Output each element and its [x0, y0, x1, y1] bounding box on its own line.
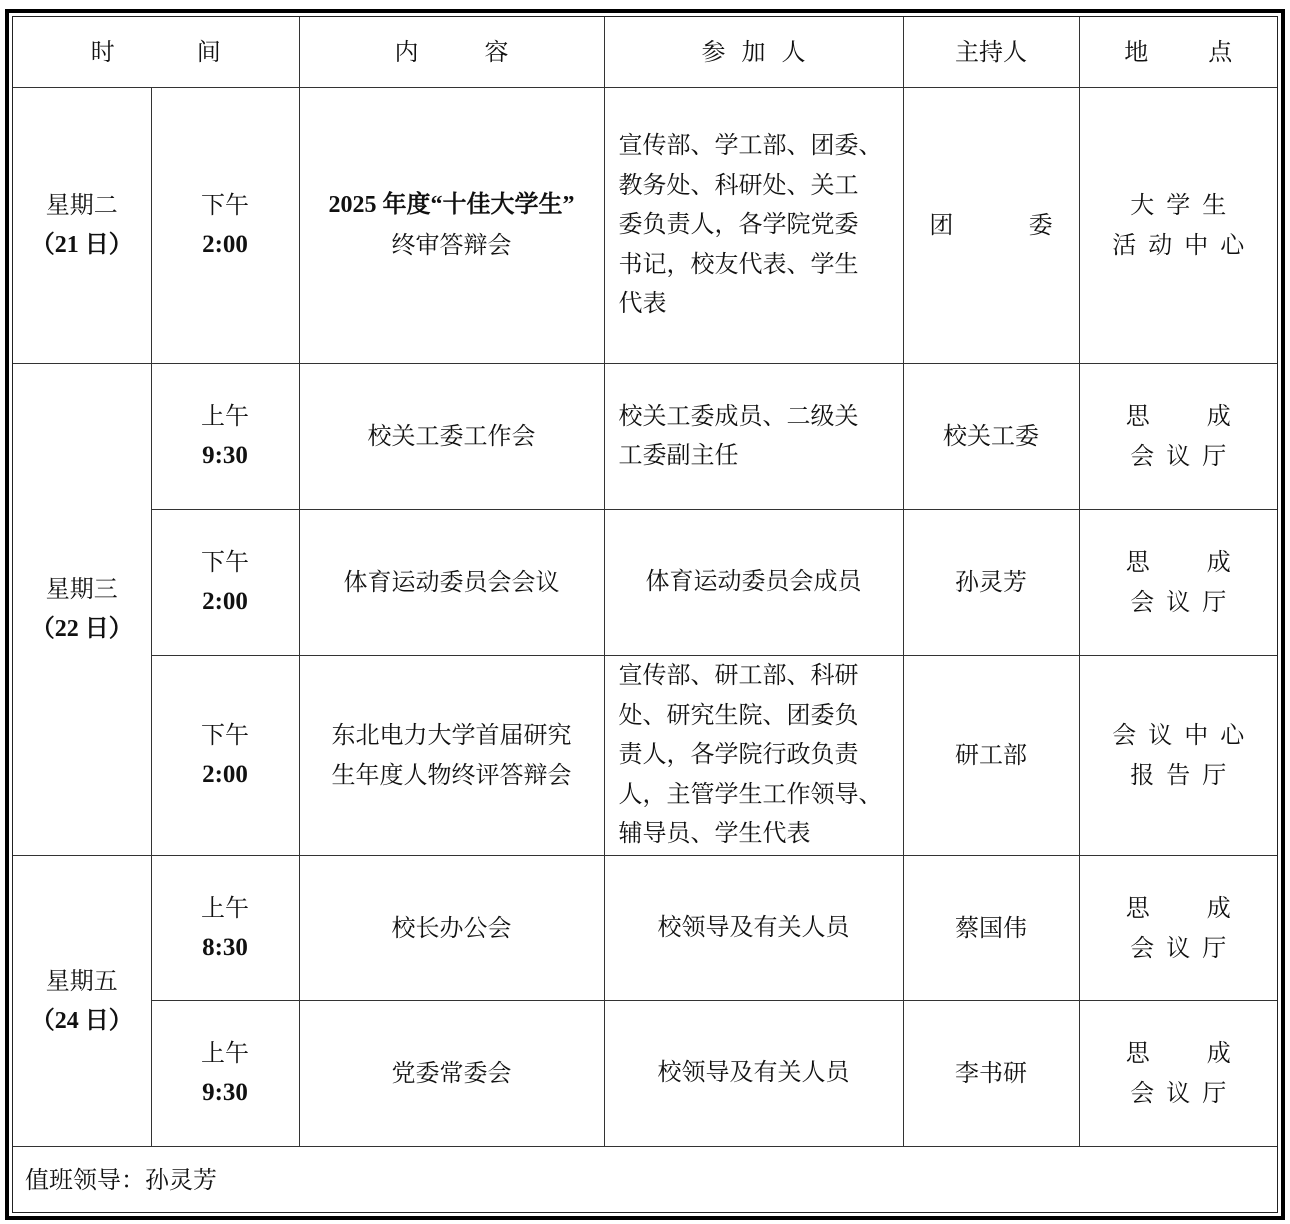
location-cell: 思 成 会议厅	[1079, 509, 1277, 655]
table-row: 星期五 （24 日） 上午 8:30 校长办公会 校领导及有关人员 蔡国伟 思	[13, 855, 1277, 1000]
header-host: 主持人	[903, 17, 1079, 87]
location-cell: 思 成 会议厅	[1079, 855, 1277, 1000]
date-label: （21 日）	[13, 225, 151, 265]
location-char: 思	[1126, 1033, 1150, 1073]
day-cell-tuesday: 星期二 （21 日）	[13, 87, 151, 363]
header-row: 时间 内容 参加人 主持人 地点	[13, 17, 1277, 87]
time-label: 8:30	[152, 928, 299, 968]
attendees-line: 校关工委成员、二级关	[619, 397, 891, 437]
location-char: 成	[1207, 888, 1231, 928]
time-cell: 上午 9:30	[151, 1000, 299, 1146]
attendees-line: 责人，各学院行政负责	[619, 735, 891, 775]
date-label: （22 日）	[13, 609, 151, 649]
attendees-cell: 宣传部、学工部、团委、 教务处、科研处、关工 委负责人，各学院党委 书记，校友代…	[604, 87, 903, 363]
header-location-char-1: 地	[1124, 38, 1148, 66]
attendees-line: 委负责人，各学院党委	[619, 205, 891, 245]
content-line: 校关工委工作会	[300, 416, 604, 456]
host-cell: 团 委	[903, 87, 1079, 363]
attendees-line: 书记，校友代表、学生	[619, 245, 891, 285]
attendees-line: 工委副主任	[619, 436, 891, 476]
table-row: 下午 2:00 东北电力大学首届研究 生年度人物终评答辩会 宣传部、研工部、科研…	[13, 655, 1277, 855]
content-line: 体育运动委员会会议	[300, 562, 604, 602]
location-cell: 思 成 会议厅	[1079, 363, 1277, 509]
day-label: 星期二	[13, 185, 151, 225]
day-cell-wednesday: 星期三 （22 日）	[13, 363, 151, 855]
location-char: 成	[1207, 542, 1231, 582]
attendees-line: 教务处、科研处、关工	[619, 166, 891, 206]
attendees-line: 人，主管学生工作领导、	[619, 775, 891, 815]
header-content-char-2: 容	[485, 38, 509, 66]
period-label: 下午	[152, 715, 299, 755]
time-label: 9:30	[152, 1073, 299, 1113]
content-cell: 校长办公会	[299, 855, 604, 1000]
location-char: 成	[1207, 1033, 1231, 1073]
location-top-line: 思 成	[1126, 542, 1231, 582]
period-label: 上午	[152, 888, 299, 928]
location-line: 大学生	[1080, 185, 1278, 225]
location-line: 会议中心	[1080, 715, 1278, 755]
header-time: 时间	[13, 17, 299, 87]
time-label: 2:00	[152, 225, 299, 265]
weekly-schedule-table: 时间 内容 参加人 主持人 地点 星期二 （21 日）	[13, 17, 1277, 1214]
location-line: 活动中心	[1080, 225, 1278, 265]
table-row: 星期二 （21 日） 下午 2:00 2025 年度“十佳大学生” 终审答辩会 …	[13, 87, 1277, 363]
duty-leader-name: 孙灵芳	[145, 1166, 217, 1194]
attendees-line: 校领导及有关人员	[605, 908, 903, 948]
content-line: 终审答辩会	[300, 225, 604, 265]
attendees-cell: 校领导及有关人员	[604, 855, 903, 1000]
day-label: 星期五	[13, 961, 151, 1001]
attendees-line: 代表	[619, 284, 891, 324]
location-char: 思	[1126, 888, 1150, 928]
attendees-line: 校领导及有关人员	[605, 1053, 903, 1093]
day-label: 星期三	[13, 569, 151, 609]
content-cell: 东北电力大学首届研究 生年度人物终评答辩会	[299, 655, 604, 855]
location-line: 报告厅	[1080, 755, 1278, 795]
header-attendees-char-3: 人	[782, 38, 806, 66]
attendees-line: 体育运动委员会成员	[605, 562, 903, 602]
content-cell: 2025 年度“十佳大学生” 终审答辩会	[299, 87, 604, 363]
period-label: 下午	[152, 185, 299, 225]
day-cell-friday: 星期五 （24 日）	[13, 855, 151, 1146]
header-attendees: 参加人	[604, 17, 903, 87]
date-label: （24 日）	[13, 1001, 151, 1041]
attendees-cell: 校领导及有关人员	[604, 1000, 903, 1146]
location-cell: 会议中心 报告厅	[1079, 655, 1277, 855]
header-location: 地点	[1079, 17, 1277, 87]
time-cell: 下午 2:00	[151, 509, 299, 655]
time-cell: 下午 2:00	[151, 87, 299, 363]
content-line: 党委常委会	[300, 1053, 604, 1093]
location-cell: 大学生 活动中心	[1079, 87, 1277, 363]
attendees-cell: 宣传部、研工部、科研 处、研究生院、团委负 责人，各学院行政负责 人，主管学生工…	[604, 655, 903, 855]
host-cell: 校关工委	[903, 363, 1079, 509]
location-line: 会议厅	[1080, 1073, 1278, 1113]
attendees-line: 辅导员、学生代表	[619, 814, 891, 854]
header-time-char-2: 间	[197, 38, 221, 66]
table-row: 星期三 （22 日） 上午 9:30 校关工委工作会 校关工委成员、二级关 工委…	[13, 363, 1277, 509]
attendees-line: 处、研究生院、团委负	[619, 696, 891, 736]
location-char: 成	[1207, 396, 1231, 436]
time-label: 2:00	[152, 755, 299, 795]
document-inner-frame: 时间 内容 参加人 主持人 地点 星期二 （21 日）	[12, 16, 1278, 1213]
duty-leader-label: 值班领导：	[25, 1166, 145, 1194]
period-label: 下午	[152, 542, 299, 582]
header-attendees-char-2: 加	[742, 38, 766, 66]
host-cell: 蔡国伟	[903, 855, 1079, 1000]
location-top-line: 思 成	[1126, 1033, 1231, 1073]
duty-leader-cell: 值班领导：孙灵芳	[13, 1146, 1277, 1214]
document-outer-frame: 时间 内容 参加人 主持人 地点 星期二 （21 日）	[5, 9, 1285, 1220]
content-cell: 党委常委会	[299, 1000, 604, 1146]
time-label: 9:30	[152, 436, 299, 476]
attendees-line: 宣传部、研工部、科研	[619, 656, 891, 696]
time-cell: 上午 8:30	[151, 855, 299, 1000]
location-top-line: 思 成	[1126, 888, 1231, 928]
attendees-cell: 体育运动委员会成员	[604, 509, 903, 655]
location-line: 会议厅	[1080, 928, 1278, 968]
content-line: 东北电力大学首届研究	[300, 715, 604, 755]
time-cell: 上午 9:30	[151, 363, 299, 509]
header-attendees-char-1: 参	[702, 38, 726, 66]
host-cell: 孙灵芳	[903, 509, 1079, 655]
host-cell: 研工部	[903, 655, 1079, 855]
content-line: 生年度人物终评答辩会	[300, 755, 604, 795]
period-label: 上午	[152, 1033, 299, 1073]
header-location-char-2: 点	[1208, 38, 1232, 66]
table-row: 上午 9:30 党委常委会 校领导及有关人员 李书研 思 成 会议厅	[13, 1000, 1277, 1146]
attendees-line: 宣传部、学工部、团委、	[619, 126, 891, 166]
location-top-line: 思 成	[1126, 396, 1231, 436]
content-line: 2025 年度“十佳大学生”	[300, 185, 604, 225]
location-line: 会议厅	[1080, 436, 1278, 476]
header-content-char-1: 内	[395, 38, 419, 66]
time-label: 2:00	[152, 582, 299, 622]
header-time-char-1: 时	[91, 38, 115, 66]
header-content: 内容	[299, 17, 604, 87]
content-cell: 校关工委工作会	[299, 363, 604, 509]
content-line: 校长办公会	[300, 908, 604, 948]
location-char: 思	[1126, 396, 1150, 436]
time-cell: 下午 2:00	[151, 655, 299, 855]
location-char: 思	[1126, 542, 1150, 582]
content-cell: 体育运动委员会会议	[299, 509, 604, 655]
host-label: 团 委	[929, 211, 1052, 239]
host-cell: 李书研	[903, 1000, 1079, 1146]
table-row: 下午 2:00 体育运动委员会会议 体育运动委员会成员 孙灵芳 思 成 会议厅	[13, 509, 1277, 655]
attendees-cell: 校关工委成员、二级关 工委副主任	[604, 363, 903, 509]
location-line: 会议厅	[1080, 582, 1278, 622]
period-label: 上午	[152, 396, 299, 436]
location-cell: 思 成 会议厅	[1079, 1000, 1277, 1146]
footer-row: 值班领导：孙灵芳	[13, 1146, 1277, 1214]
